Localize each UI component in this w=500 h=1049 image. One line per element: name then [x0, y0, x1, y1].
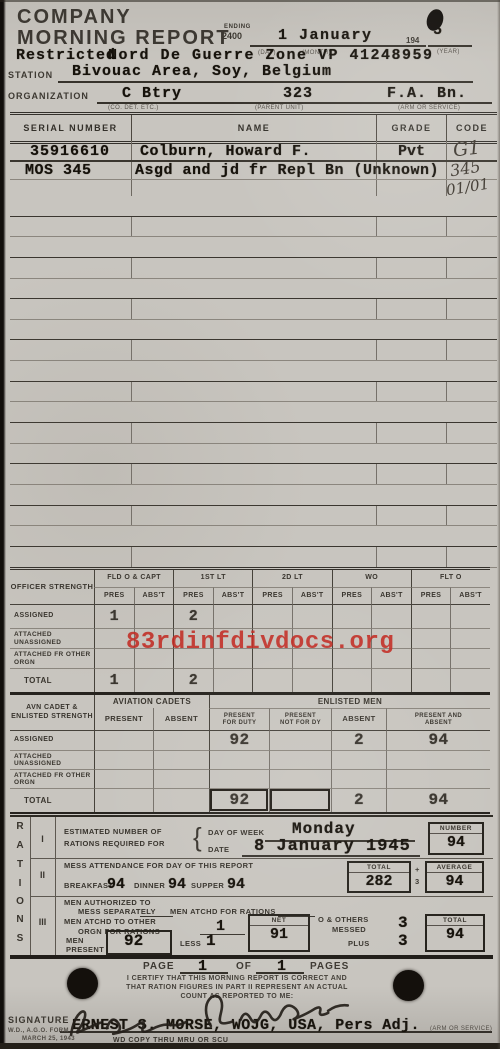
- empty-cell: [134, 668, 174, 692]
- brace: {: [193, 822, 202, 853]
- enlisted-total-present-for-duty: 92: [209, 788, 269, 812]
- rations-letter: S: [10, 933, 30, 944]
- blank-row: [10, 279, 497, 300]
- estimated-rations-label1: ESTIMATED NUMBER OF: [64, 827, 162, 836]
- empty-cell: [386, 750, 490, 769]
- blank-row: [10, 547, 497, 568]
- page-label: PAGE: [143, 961, 175, 972]
- blank-row: [10, 464, 497, 485]
- men-atchd-other-label1: MEN ATCHD TO OTHER: [64, 917, 156, 926]
- enlisted-men-group: ENLISTED MEN: [209, 695, 490, 708]
- empty-cell: [252, 668, 292, 692]
- org-caption-parent: (PARENT UNIT): [255, 105, 304, 111]
- empty-cell: [371, 668, 411, 692]
- col-abst: ABS'T: [213, 587, 253, 604]
- messed-value: 3: [398, 914, 408, 932]
- empty-cell: [450, 648, 490, 668]
- rations-letter: T: [10, 859, 30, 870]
- roster-grade: Pvt: [398, 143, 425, 160]
- estimated-rations-label2: RATIONS REQUIRED FOR: [64, 839, 165, 848]
- empty-cell: [411, 648, 451, 668]
- year-prefix: 194: [406, 36, 419, 45]
- row-label-attached-fr-other: ATTACHED FR OTHER ORGN: [10, 648, 94, 668]
- col-present-for-duty: PRESENT FOR DUTY: [209, 708, 269, 730]
- punch-hole-left: [67, 968, 98, 999]
- officer-strength-title: OFFICER STRENGTH: [10, 570, 94, 604]
- empty-cell: [269, 730, 331, 750]
- empty-cell: [371, 604, 411, 628]
- mess-total-value: 282: [349, 873, 409, 890]
- roster-serial-number: 35916610: [30, 143, 110, 160]
- supper-value: 94: [227, 876, 245, 893]
- year-underline: [428, 45, 472, 47]
- punch-hole-right: [393, 970, 424, 1001]
- rations-letter: O: [10, 896, 30, 907]
- average-label: AVERAGE: [427, 863, 482, 873]
- enlisted-assigned-absent: 2: [331, 730, 386, 750]
- rations-part-ii: II: [30, 870, 55, 880]
- plus-label: PLUS: [348, 939, 370, 948]
- roster-entries: 35916610 Colburn, Howard F. Pvt G1 MOS 3…: [10, 141, 497, 196]
- empty-cell: [332, 668, 372, 692]
- officer-assigned-fld-pres: 1: [94, 604, 134, 628]
- empty-cell: [386, 769, 490, 788]
- col-group-flt-o: FLT O: [411, 570, 490, 587]
- empty-cell: [411, 668, 451, 692]
- pages-number: 1: [277, 958, 286, 975]
- col-group-wo: WO: [332, 570, 411, 587]
- col-avn-absent: ABSENT: [153, 708, 209, 730]
- empty-cell: [94, 769, 153, 788]
- enlisted-strength-table: AVN CADET & ENLISTED STRENGTH AVIATION C…: [10, 695, 490, 814]
- blank-roster-lines: [10, 196, 497, 568]
- blank-row: [10, 506, 497, 527]
- column-header-serial: SERIAL NUMBER: [10, 123, 131, 133]
- boxed-empty-cell: [269, 788, 331, 812]
- mess-separately-label: MESS SEPARATELY: [78, 907, 156, 916]
- average-value: 94: [427, 873, 482, 890]
- rations-total-value: 94: [427, 926, 483, 943]
- enlisted-assigned-present-for-duty: 92: [209, 730, 269, 750]
- men-atchd-other-value: 1: [216, 918, 225, 935]
- blank-row: [10, 299, 497, 320]
- number-label: NUMBER: [430, 824, 482, 834]
- blank-row: [10, 382, 497, 403]
- col-abst: ABS'T: [292, 587, 332, 604]
- form-title-line1: COMPANY: [17, 6, 132, 29]
- blank-row: [10, 444, 497, 465]
- men-authorized-label: MEN AUTHORIZED TO: [64, 898, 151, 907]
- rations-total-label: TOTAL: [427, 916, 483, 926]
- empty-cell: [153, 788, 209, 812]
- column-divider: [131, 141, 132, 196]
- org-caption-co: (CO. DET. ETC.): [108, 105, 159, 111]
- plus-value: 3: [398, 932, 408, 950]
- empty-cell: [153, 750, 209, 769]
- rations-total-box: TOTAL 94: [425, 914, 485, 952]
- ink-blot: [424, 7, 446, 33]
- mess-attendance-label: MESS ATTENDANCE FOR DAY OF THIS REPORT: [64, 861, 253, 870]
- rations-section: R A T I O N S I II III ESTIMATED NUMBER …: [10, 815, 493, 959]
- col-present-and-absent: PRESENT AND ABSENT: [386, 708, 490, 730]
- empty-cell: [94, 750, 153, 769]
- ending-label: ENDING: [224, 24, 251, 30]
- enlisted-total-absent: 2: [331, 788, 386, 812]
- divide-plus: +: [415, 865, 420, 874]
- col-pres: PRES: [411, 587, 451, 604]
- net-value: 91: [250, 926, 308, 943]
- empty-cell: [134, 604, 174, 628]
- empty-cell: [331, 750, 386, 769]
- blank-row: [10, 258, 497, 279]
- blank-row: [10, 402, 497, 423]
- signature-caption: (ARM OR SERVICE): [430, 1026, 492, 1032]
- roster-serial-number: MOS 345: [25, 162, 92, 179]
- average-box: AVERAGE 94: [425, 861, 484, 893]
- scan-edge-bottom: [0, 1043, 500, 1049]
- empty-cell: [209, 750, 269, 769]
- blank-row: [10, 340, 497, 361]
- empty-cell: [153, 730, 209, 750]
- col-pres: PRES: [94, 587, 134, 604]
- row-label-attached-unassigned: ATTACHED UNASSIGNED: [10, 628, 94, 648]
- of-label: OF: [236, 961, 252, 972]
- organization-arm-service: F.A. Bn.: [387, 85, 467, 102]
- organization-parent-unit: 323: [283, 85, 313, 102]
- column-header-grade: GRADE: [376, 115, 446, 141]
- day-of-week-value: Monday: [292, 820, 356, 838]
- row-label-assigned: ASSIGNED: [10, 730, 94, 750]
- empty-cell: [292, 604, 332, 628]
- blank-row: [10, 485, 497, 506]
- empty-cell: [269, 769, 331, 788]
- row-divider: [10, 179, 497, 180]
- date-label: DATE: [208, 845, 229, 854]
- rations-part-iii: III: [30, 917, 55, 927]
- empty-cell: [450, 628, 490, 648]
- empty-cell: [292, 668, 332, 692]
- empty-cell: [209, 769, 269, 788]
- blank-row: [10, 526, 497, 547]
- rations-letter: A: [10, 840, 30, 851]
- col-abst: ABS'T: [450, 587, 490, 604]
- row-label-total: TOTAL: [10, 788, 94, 812]
- rations-letter: N: [10, 914, 30, 925]
- col-abst: ABS'T: [371, 587, 411, 604]
- rations-letter: I: [10, 878, 30, 889]
- row-label-attached-unassigned: ATTACHED UNASSIGNED: [10, 750, 94, 769]
- less-label: LESS: [180, 939, 201, 948]
- col-pres: PRES: [252, 587, 292, 604]
- empty-cell: [153, 769, 209, 788]
- scan-edge-top: [0, 0, 500, 2]
- mess-total-label: TOTAL: [349, 863, 409, 873]
- report-date-value: 1 January: [278, 27, 373, 44]
- row-label-total: TOTAL: [10, 668, 94, 692]
- mess-total-box: TOTAL 282: [347, 861, 411, 893]
- rations-letter: R: [10, 821, 30, 832]
- rations-date-value: 8 January 1945: [254, 837, 411, 856]
- net-box: NET 91: [248, 914, 310, 952]
- empty-cell: [411, 604, 451, 628]
- station-label: STATION: [8, 70, 53, 80]
- col-absent: ABSENT: [331, 708, 386, 730]
- divide-three: 3: [415, 877, 420, 886]
- col-pres: PRES: [173, 587, 213, 604]
- rations-row-divider: [30, 858, 493, 859]
- blank-row: [10, 320, 497, 341]
- rations-row-divider: [30, 896, 493, 897]
- col-abst: ABS'T: [134, 587, 174, 604]
- organization-label: ORGANIZATION: [8, 91, 89, 101]
- station-value: Bivouac Area, Soy, Belgium: [72, 63, 332, 80]
- station-underline: [58, 81, 473, 83]
- roster-header-row: SERIAL NUMBER NAME GRADE CODE: [10, 112, 497, 144]
- officer-assigned-1lt-pres: 2: [173, 604, 213, 628]
- org-caption-arm: (ARM OR SERVICE): [398, 105, 460, 111]
- officer-total-fld-pres: 1: [94, 668, 134, 692]
- empty-cell: [332, 604, 372, 628]
- morning-report-document: COMPANY MORNING REPORT ENDING 2400 1 Jan…: [0, 0, 500, 1049]
- less-value: 1: [206, 932, 216, 950]
- men-present-value: 92: [124, 932, 143, 950]
- organization-underline: [97, 102, 492, 104]
- col-present-not-for-duty: PRESENT NOT FOR DY: [269, 708, 331, 730]
- col-pres: PRES: [332, 587, 372, 604]
- o-and-others-label: O & OTHERS: [318, 915, 369, 924]
- avn-cadets-group: AVIATION CADETS: [94, 695, 209, 708]
- blank-row: [10, 217, 497, 238]
- enlisted-assigned-present-and-absent: 94: [386, 730, 490, 750]
- empty-cell: [213, 604, 253, 628]
- number-box: NUMBER 94: [428, 822, 484, 855]
- empty-cell: [94, 730, 153, 750]
- archive-watermark: 83rdinfdivdocs.org: [126, 629, 394, 656]
- officer-total-1lt-pres: 2: [173, 668, 213, 692]
- blank-row: [10, 423, 497, 444]
- censor-zone-line: Nord De Guerre Zone VP 41248959: [108, 47, 434, 64]
- scan-edge-left: [0, 0, 6, 1049]
- supper-label: SUPPER: [191, 881, 224, 890]
- classification-restricted: Restricted: [16, 47, 116, 64]
- ending-time: 2400: [222, 31, 242, 41]
- rations-divider: [55, 817, 56, 955]
- roster-remarks: Asgd and jd fr Repl Bn (Unknown): [135, 162, 439, 179]
- number-value: 94: [430, 834, 482, 851]
- empty-cell: [331, 769, 386, 788]
- col-group-1st-lt: 1ST LT: [173, 570, 252, 587]
- column-header-name: NAME: [131, 115, 376, 141]
- col-group-fld-capt: FLD O & CAPT: [94, 570, 173, 587]
- year-caption: (YEAR): [437, 49, 460, 55]
- enlisted-strength-title: AVN CADET & ENLISTED STRENGTH: [10, 695, 94, 730]
- empty-cell: [94, 788, 153, 812]
- breakfast-value: 94: [107, 876, 125, 893]
- messed-label: MESSED: [332, 925, 366, 934]
- row-label-assigned: ASSIGNED: [10, 604, 94, 628]
- dinner-label: DINNER: [134, 881, 165, 890]
- page-number: 1: [198, 958, 207, 975]
- organization-unit: C Btry: [122, 85, 182, 102]
- blank-row: [10, 237, 497, 258]
- net-label: NET: [250, 916, 308, 926]
- day-of-week-label: DAY OF WEEK: [208, 828, 265, 837]
- certification-line1: I CERTIFY THAT THIS MORNING REPORT IS CO…: [87, 975, 387, 982]
- roster-name: Colburn, Howard F.: [140, 143, 311, 160]
- rations-part-i: I: [30, 834, 55, 844]
- dinner-value: 94: [168, 876, 186, 893]
- empty-cell: [411, 628, 451, 648]
- col-group-2d-lt: 2D LT: [252, 570, 331, 587]
- blank-row: [10, 196, 497, 217]
- row-label-attached-fr-other: ATTACHED FR OTHER ORGN: [10, 769, 94, 788]
- blank-row: [10, 361, 497, 382]
- empty-cell: [213, 668, 253, 692]
- empty-cell: [269, 750, 331, 769]
- enlisted-total-present-and-absent: 94: [386, 788, 490, 812]
- pages-label: PAGES: [310, 961, 349, 972]
- col-avn-present: PRESENT: [94, 708, 153, 730]
- men-present-label: MEN PRESENT: [66, 936, 106, 954]
- empty-cell: [450, 668, 490, 692]
- empty-cell: [252, 604, 292, 628]
- empty-cell: [450, 604, 490, 628]
